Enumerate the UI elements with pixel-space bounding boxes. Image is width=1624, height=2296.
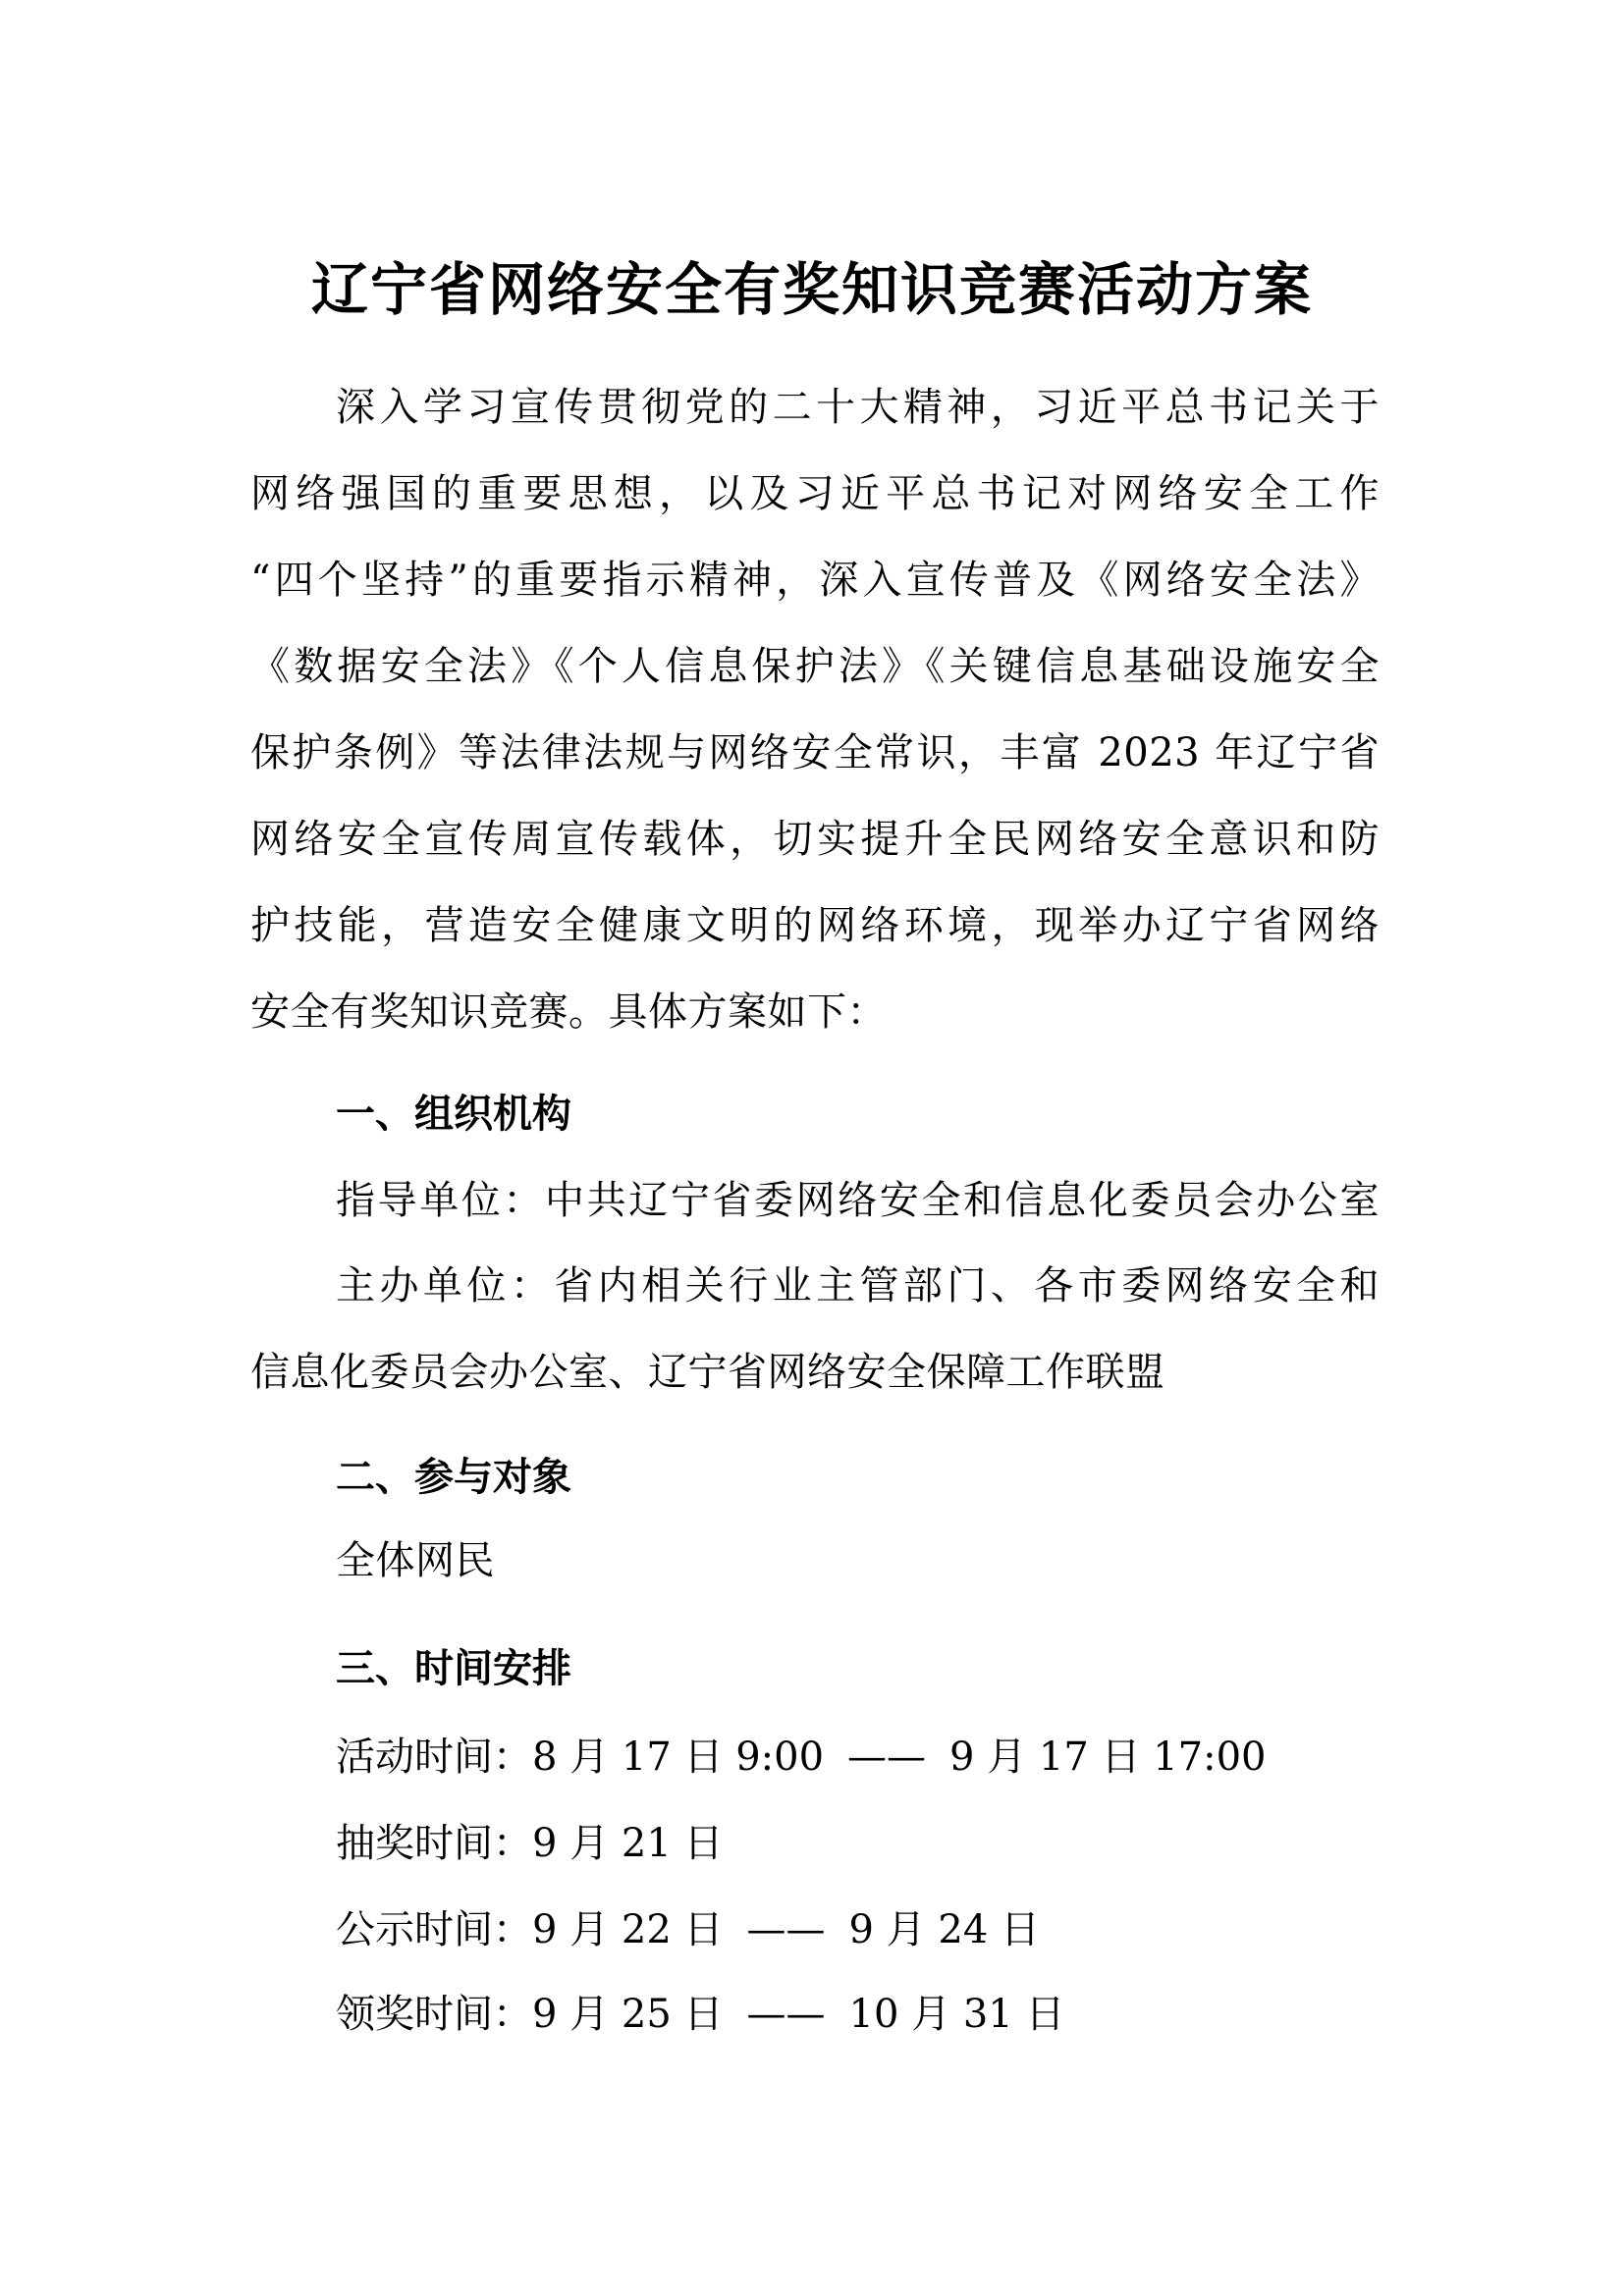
schedule-end: 10 月 31 日: [849, 1992, 1065, 2037]
section-heading-schedule: 三、时间安排: [336, 1641, 571, 1696]
document-title: 辽宁省网络安全有奖知识竞赛活动方案: [0, 250, 1624, 329]
participants-text: 全体网民: [336, 1533, 1465, 1588]
document-page: 辽宁省网络安全有奖知识竞赛活动方案 深入学习宣传贯彻党的二十大精神，习近平总书记…: [0, 0, 1624, 2296]
schedule-end: 9 月 24 日: [849, 1907, 1041, 1952]
section-heading-participants: 二、参与对象: [336, 1450, 571, 1505]
schedule-dash: ——: [847, 1730, 926, 1785]
organization-guiding-unit: 指导单位：中共辽宁省委网络安全和信息化委员会办公室: [336, 1173, 1380, 1228]
intro-line: 《数据安全法》《个人信息保护法》《关键信息基础设施安全: [250, 639, 1380, 694]
intro-line: 护技能，营造安全健康文明的网络环境，现举办辽宁省网络: [250, 898, 1380, 953]
intro-line: 保护条例》等法律法规与网络安全常识，丰富 2023 年辽宁省: [250, 725, 1380, 780]
schedule-start: 9 月 25 日: [532, 1992, 724, 2037]
schedule-label: 公示时间：: [336, 1907, 532, 1952]
schedule-dash: ——: [747, 1987, 826, 2042]
schedule-end: 9 月 17 日 17:00: [949, 1735, 1266, 1780]
schedule-row-lottery: 抽奖时间：9 月 21 日: [336, 1816, 724, 1871]
schedule-start: 9 月 21 日: [532, 1821, 724, 1866]
schedule-start: 8 月 17 日 9:00: [532, 1735, 824, 1780]
schedule-label: 抽奖时间：: [336, 1821, 532, 1866]
schedule-row-publicity: 公示时间：9 月 22 日——9 月 24 日: [336, 1902, 1040, 1957]
intro-line: “四个坚持”的重要指示精神，深入宣传普及《网络安全法》: [250, 553, 1380, 608]
intro-line: 安全有奖知识竞赛。具体方案如下：: [250, 985, 1380, 1040]
schedule-row-activity: 活动时间：8 月 17 日 9:00——9 月 17 日 17:00: [336, 1730, 1267, 1785]
schedule-start: 9 月 22 日: [532, 1907, 724, 1952]
intro-line: 网络安全宣传周宣传载体，切实提升全民网络安全意识和防: [250, 812, 1380, 867]
organization-host-unit-cont: 信息化委员会办公室、辽宁省网络安全保障工作联盟: [250, 1345, 1380, 1400]
schedule-label: 领奖时间：: [336, 1992, 532, 2037]
organization-host-unit: 主办单位：省内相关行业主管部门、各市委网络安全和: [336, 1258, 1380, 1313]
schedule-dash: ——: [747, 1902, 826, 1957]
intro-line: 深入学习宣传贯彻党的二十大精神，习近平总书记关于: [336, 380, 1380, 435]
schedule-label: 活动时间：: [336, 1735, 532, 1780]
schedule-row-claim: 领奖时间：9 月 25 日——10 月 31 日: [336, 1987, 1064, 2042]
intro-line: 网络强国的重要思想，以及习近平总书记对网络安全工作: [250, 466, 1380, 521]
section-heading-organization: 一、组织机构: [336, 1087, 571, 1142]
